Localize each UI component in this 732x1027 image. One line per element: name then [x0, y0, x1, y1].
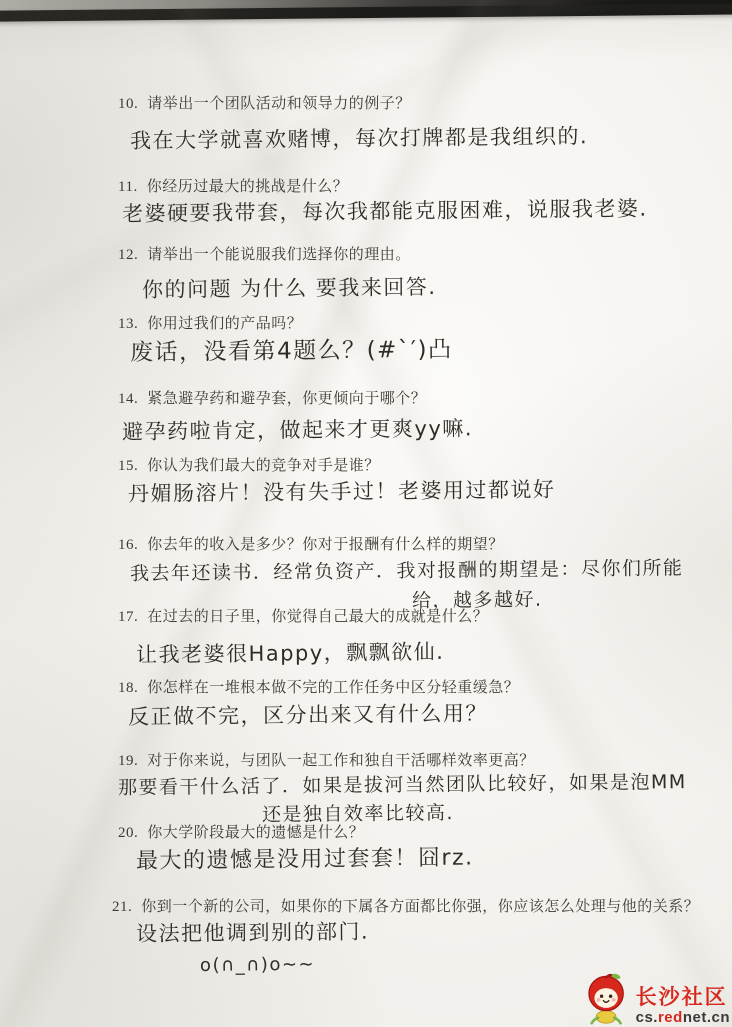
question-block: 10.请举出一个团队活动和领导力的例子？我在大学就喜欢赌博，每次打牌都是我组织的… — [0, 94, 732, 156]
question-text: 请举出一个能说服我们选择你的理由。 — [147, 247, 411, 263]
question-text: 在过去的日子里，你觉得自己最大的成就是什么？ — [147, 609, 488, 625]
watermark-url-highlight: red — [658, 1009, 683, 1026]
question-number: 17. — [118, 609, 138, 625]
question-block: 12.请举出一个能说服我们选择你的理由。你的问题 为什么 要我来回答. — [0, 245, 732, 305]
question-text: 你经历过最大的挑战是什么？ — [147, 179, 349, 195]
question-block: 19.对于你来说，与团队一起工作和独自干活哪样效率更高？那要看干什么活了．如果是… — [0, 751, 732, 830]
scanned-page: 10.请举出一个团队活动和领导力的例子？我在大学就喜欢赌博，每次打牌都是我组织的… — [0, 0, 732, 1027]
question-number: 12. — [118, 247, 138, 263]
question-number: 11. — [118, 179, 138, 195]
question-number: 20. — [118, 825, 138, 841]
question-text: 紧急避孕药和避孕套，你更倾向于哪个？ — [147, 391, 426, 407]
question-number: 21. — [112, 899, 132, 915]
mascot-icon — [580, 971, 634, 1025]
question-line: 16.你去年的收入是多少？你对于报酬有什么样的期望？ — [118, 535, 732, 555]
question-text: 你去年的收入是多少？你对于报酬有什么样的期望？ — [147, 537, 504, 553]
answer-line: 最大的遗憾是没用过套套！囧rz. — [136, 841, 732, 877]
question-text: 你怎样在一堆根本做不完的工作任务中区分轻重缓急？ — [147, 680, 519, 696]
question-line: 14.紧急避孕药和避孕套，你更倾向于哪个？ — [118, 389, 732, 409]
watermark-url-prefix: cs. — [636, 1009, 658, 1026]
question-text: 你大学阶段最大的遗憾是什么？ — [147, 825, 364, 841]
answer-line: 老婆硬要我带套，每次我都能克服困难，说服我老婆. — [122, 193, 732, 229]
question-number: 10. — [118, 96, 138, 112]
answer-line: 丹媚肠溶片！没有失手过！老婆用过都说好 — [128, 473, 732, 509]
question-line: 17.在过去的日子里，你觉得自己最大的成就是什么？ — [118, 607, 732, 627]
question-line: 18.你怎样在一堆根本做不完的工作任务中区分轻重缓急？ — [118, 678, 732, 698]
question-line: 20.你大学阶段最大的遗憾是什么？ — [118, 823, 732, 843]
question-text: 你到一个新的公司，如果你的下属各方面都比你强，你应该怎么处理与他的关系？ — [141, 899, 699, 915]
question-block: 11.你经历过最大的挑战是什么？老婆硬要我带套，每次我都能克服困难，说服我老婆. — [0, 177, 732, 229]
question-text: 请举出一个团队活动和领导力的例子？ — [147, 96, 411, 112]
question-number: 13. — [118, 316, 138, 332]
answer-line: 反正做不完，区分出来又有什么用？ — [128, 696, 732, 732]
answer-line: 避孕药啦肯定，做起来才更爽yy嘛. — [122, 411, 732, 447]
question-number: 15. — [118, 458, 138, 474]
question-text: 你用过我们的产品吗？ — [147, 316, 302, 332]
answer-line: 我在大学就喜欢赌博，每次打牌都是我组织的. — [130, 120, 732, 156]
question-line: 12.请举出一个能说服我们选择你的理由。 — [118, 245, 732, 265]
question-number: 14. — [118, 391, 138, 407]
answer-line: 设法把他调到别的部门. — [136, 913, 732, 949]
question-line: 10.请举出一个团队活动和领导力的例子？ — [118, 94, 732, 114]
watermark-url-suffix: net.cn — [683, 1009, 730, 1026]
answer-line: 你的问题 为什么 要我来回答. — [142, 269, 732, 305]
question-block: 13.你用过我们的产品吗？废话，没看第4题么？(#`′)凸 — [0, 314, 732, 368]
question-block: 17.在过去的日子里，你觉得自己最大的成就是什么？让我老婆很Happy，飘飘欲仙… — [0, 607, 732, 670]
question-block: 16.你去年的收入是多少？你对于报酬有什么样的期望？我去年还读书．经常负资产．我… — [0, 535, 732, 616]
watermark: 长沙社区 cs.rednet.cn — [580, 971, 730, 1025]
question-block: 21.你到一个新的公司，如果你的下属各方面都比你强，你应该怎么处理与他的关系？设… — [0, 897, 732, 981]
watermark-text: 长沙社区 cs.rednet.cn — [636, 987, 730, 1025]
answer-line: 让我老婆很Happy，飘飘欲仙. — [136, 634, 732, 670]
question-block: 18.你怎样在一堆根本做不完的工作任务中区分轻重缓急？反正做不完，区分出来又有什… — [0, 678, 732, 732]
question-text: 你认为我们最大的竞争对手是谁？ — [147, 458, 380, 474]
question-line: 13.你用过我们的产品吗？ — [118, 314, 732, 334]
question-text: 对于你来说，与团队一起工作和独自干活哪样效率更高？ — [147, 753, 535, 769]
question-number: 18. — [118, 680, 138, 696]
watermark-community-name: 长沙社区 — [636, 987, 728, 1008]
question-block: 15.你认为我们最大的竞争对手是谁？丹媚肠溶片！没有失手过！老婆用过都说好 — [0, 456, 732, 509]
answer-line: 废话，没看第4题么？(#`′)凸 — [130, 332, 732, 368]
question-block: 20.你大学阶段最大的遗憾是什么？最大的遗憾是没用过套套！囧rz. — [0, 823, 732, 877]
question-number: 19. — [118, 753, 138, 769]
question-block: 14.紧急避孕药和避孕套，你更倾向于哪个？避孕药啦肯定，做起来才更爽yy嘛. — [0, 389, 732, 447]
question-number: 16. — [118, 537, 138, 553]
watermark-url: cs.rednet.cn — [636, 1010, 730, 1025]
